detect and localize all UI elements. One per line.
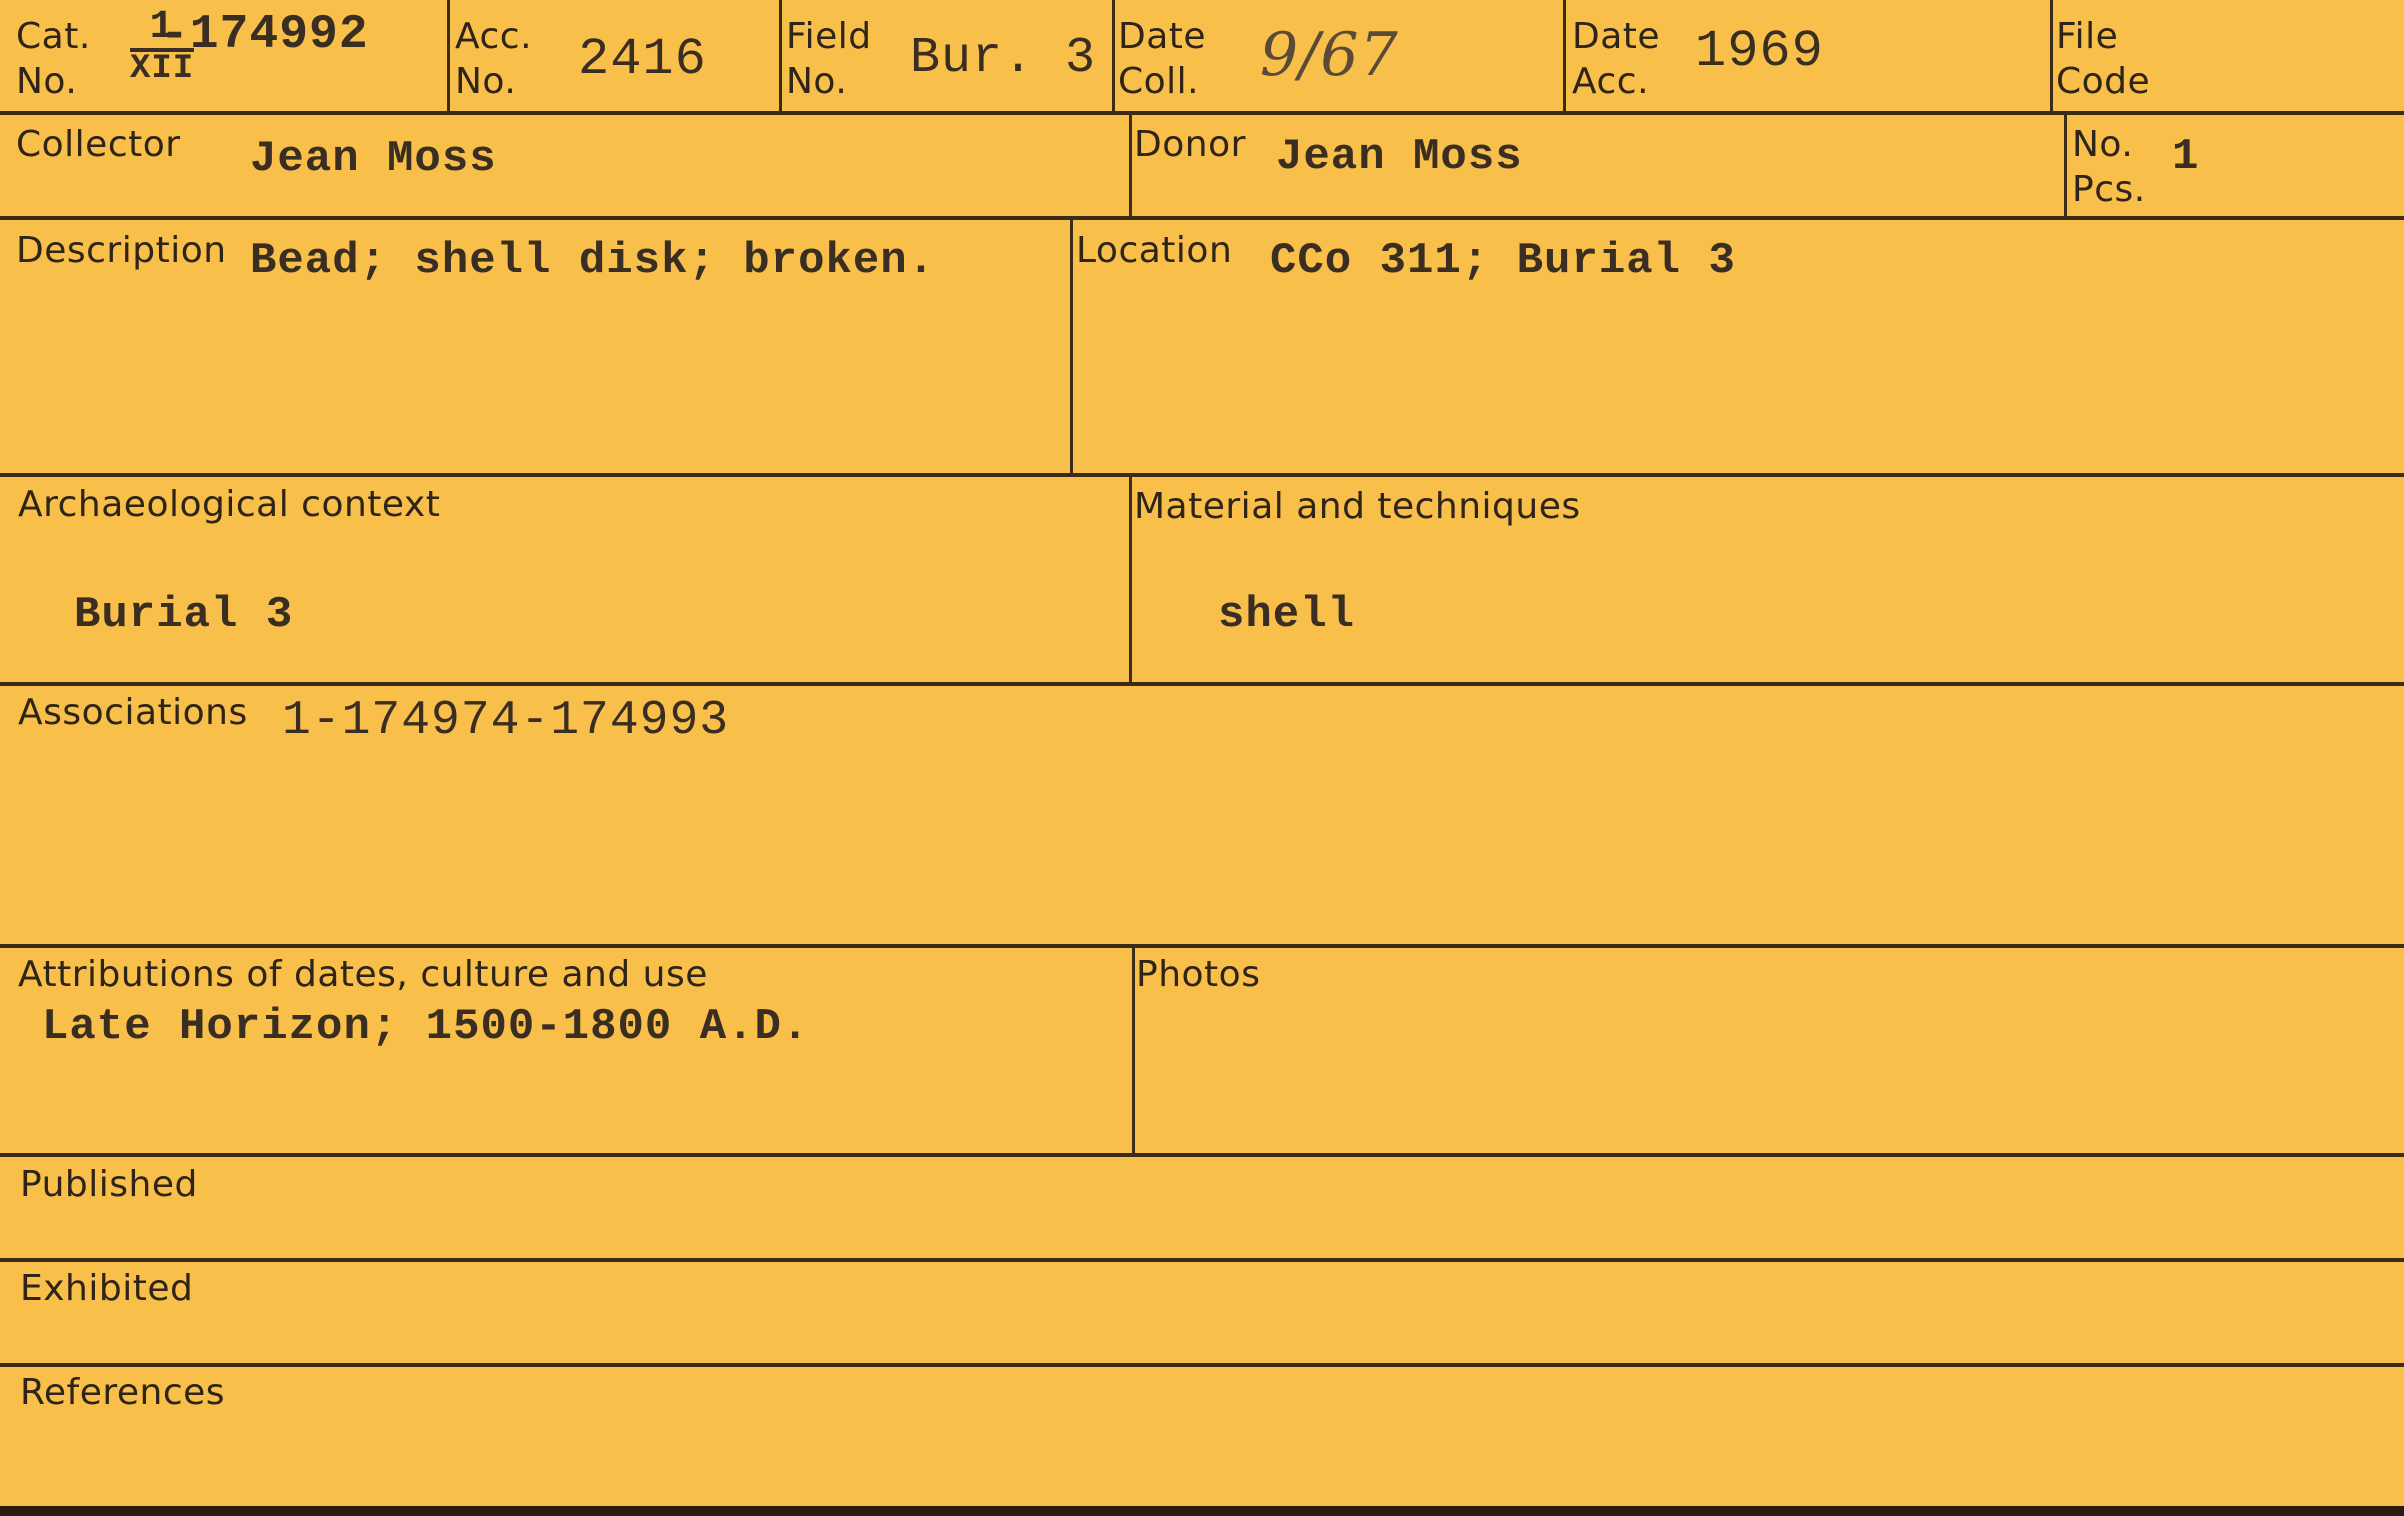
no-pcs-value: 1	[2172, 132, 2199, 182]
rule-associations-bottom	[0, 944, 2404, 948]
published-label: Published	[20, 1162, 198, 1207]
date-coll-label: Date Coll.	[1118, 14, 1206, 104]
location-value: CCo 311; Burial 3	[1270, 236, 1736, 286]
date-coll-value: 9/67	[1260, 20, 1399, 90]
description-value: Bead; shell disk; broken.	[250, 236, 935, 286]
catalog-card: Cat. No. 1 XII -174992 Acc. No. 2416 Fie…	[0, 0, 2404, 1516]
description-label: Description	[16, 228, 227, 273]
divider-field-datecoll	[1112, 0, 1115, 113]
attributions-value: Late Horizon; 1500-1800 A.D.	[42, 1002, 809, 1052]
divider-description-location	[1070, 218, 1073, 475]
rule-header-bottom	[0, 111, 2404, 115]
attributions-label: Attributions of dates, culture and use	[18, 952, 708, 997]
archaeological-context-value: Burial 3	[74, 590, 293, 640]
collector-value: Jean Moss	[250, 134, 497, 184]
divider-context-material	[1129, 475, 1132, 684]
collector-label: Collector	[16, 122, 181, 167]
photos-label: Photos	[1136, 952, 1260, 997]
rule-context-bottom	[0, 682, 2404, 686]
associations-label: Associations	[18, 690, 248, 735]
acc-no-value: 2416	[578, 30, 707, 89]
divider-datecoll-dateacc	[1563, 0, 1566, 113]
rule-published-bottom	[0, 1258, 2404, 1262]
card-bottom-edge	[0, 1506, 2404, 1516]
divider-cat-acc	[447, 0, 450, 113]
no-pcs-label: No. Pcs.	[2072, 122, 2146, 212]
location-label: Location	[1076, 228, 1232, 273]
divider-collector-donor	[1129, 113, 1132, 218]
divider-attributions-photos	[1132, 946, 1135, 1155]
acc-no-label: Acc. No.	[455, 14, 532, 104]
field-no-value: Bur. 3	[910, 30, 1096, 87]
cat-no-value: -174992	[160, 8, 369, 62]
file-code-label: File Code	[2056, 14, 2150, 104]
material-techniques-value: shell	[1218, 590, 1355, 640]
field-no-label: Field No.	[786, 14, 872, 104]
donor-label: Donor	[1134, 122, 1246, 167]
associations-value: 1-174974-174993	[282, 694, 729, 748]
archaeological-context-label: Archaeological context	[18, 482, 440, 527]
cat-no-label: Cat. No.	[16, 14, 91, 104]
divider-donor-nopcs	[2064, 113, 2067, 218]
divider-dateacc-filecode	[2050, 0, 2053, 113]
exhibited-label: Exhibited	[20, 1266, 193, 1311]
date-acc-value: 1969	[1695, 22, 1824, 81]
rule-exhibited-bottom	[0, 1363, 2404, 1367]
references-label: References	[20, 1370, 225, 1415]
rule-attributions-bottom	[0, 1153, 2404, 1157]
material-techniques-label: Material and techniques	[1134, 484, 1581, 529]
rule-collector-bottom	[0, 216, 2404, 220]
date-acc-label: Date Acc.	[1572, 14, 1660, 104]
divider-acc-field	[779, 0, 782, 113]
rule-description-bottom	[0, 473, 2404, 477]
donor-value: Jean Moss	[1276, 132, 1523, 182]
